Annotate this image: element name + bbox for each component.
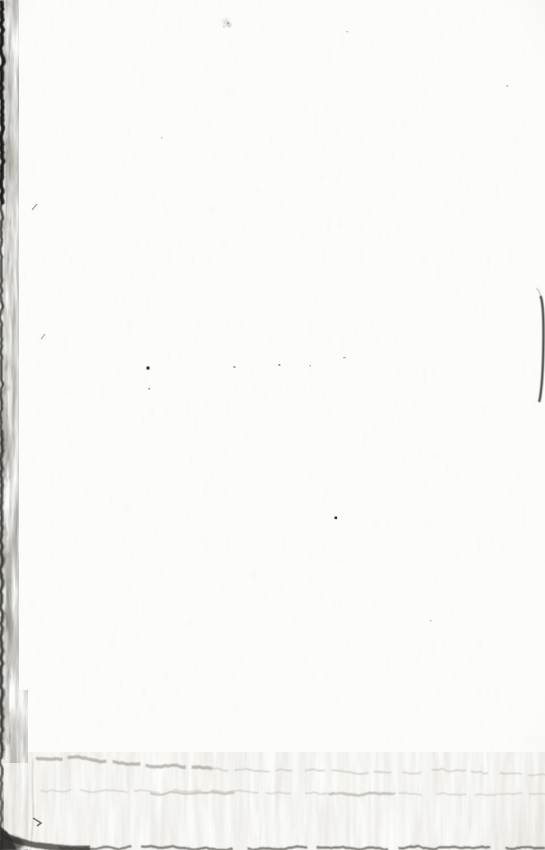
bottom-paper-wash — [0, 752, 545, 850]
scanned-page — [0, 0, 545, 850]
ink-speck — [347, 31, 348, 32]
bottom-wash-rect — [0, 752, 545, 850]
ink-speck — [234, 366, 236, 368]
ink-speck — [161, 137, 162, 138]
page-scan-canvas — [0, 0, 545, 850]
top-smudge-dot-2 — [223, 26, 224, 27]
ink-dash — [343, 357, 346, 358]
ink-speck — [310, 365, 312, 367]
ink-speck — [147, 367, 150, 370]
ink-speck — [507, 85, 509, 87]
left-edge-dark-top — [0, 0, 4, 205]
scan-vignette — [0, 0, 545, 850]
top-smudge-dot — [227, 22, 229, 24]
ink-speck — [335, 517, 338, 520]
ink-speck — [279, 364, 281, 366]
ink-speck — [430, 620, 431, 621]
left-edge-mid-dark — [1, 430, 4, 760]
ink-speck — [149, 388, 151, 390]
